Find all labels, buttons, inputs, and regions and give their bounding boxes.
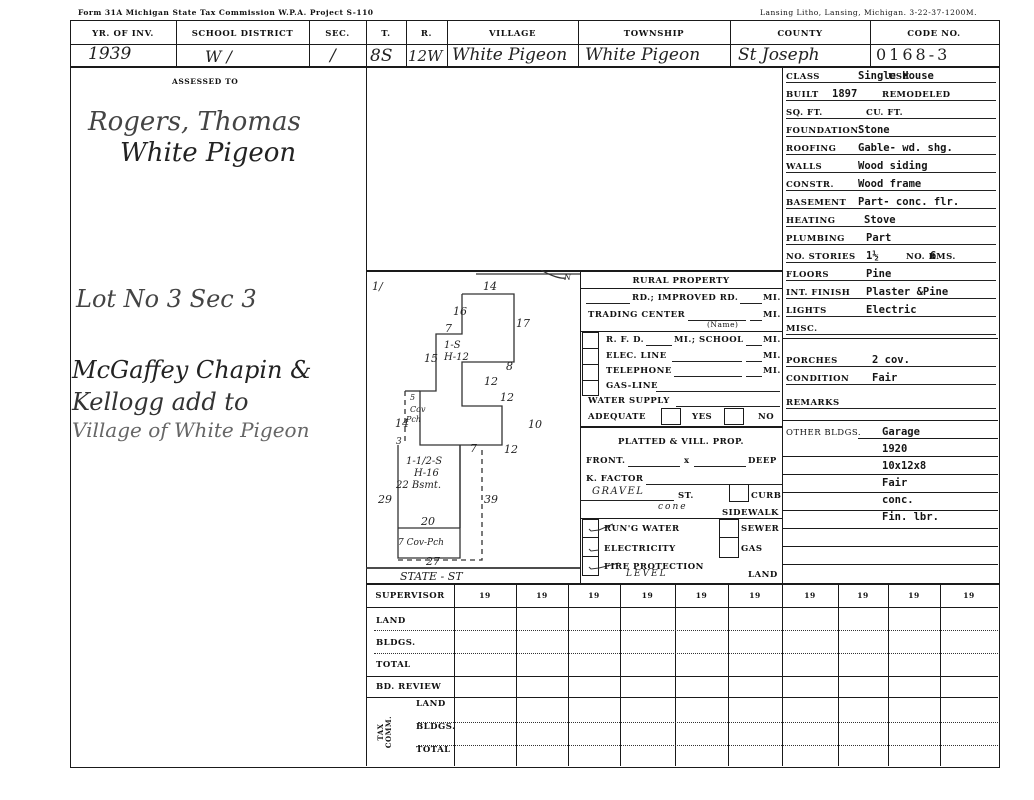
svg-text:27: 27 <box>425 555 440 568</box>
svg-text:1-1/2-S: 1-1/2-S <box>406 456 442 467</box>
svg-text:7 Cov-Pch: 7 Cov-Pch <box>398 538 444 548</box>
basement-label: BASEMENT <box>786 198 848 208</box>
valuation-cell[interactable] <box>941 677 997 696</box>
by-label: x <box>684 456 690 466</box>
supervisor-land-label: LAND <box>376 616 406 626</box>
svg-text:H-16: H-16 <box>413 468 439 479</box>
foundation-label: FOUNDATION <box>786 126 861 136</box>
header-year: YR. OF INV. <box>70 29 176 39</box>
heating-value[interactable]: Stove <box>864 214 896 226</box>
svg-text:22 Bsmt.: 22 Bsmt. <box>395 480 441 491</box>
valuation-cell[interactable] <box>839 608 887 675</box>
code-no-value[interactable]: 0168-3 <box>876 45 950 64</box>
legal-description-line-3[interactable]: Kellogg add to <box>72 388 248 416</box>
curb-checkbox[interactable] <box>729 484 749 502</box>
other-building-entry[interactable]: Garage <box>882 426 920 438</box>
legal-description-line-2[interactable]: McGaffey Chapin & <box>72 356 312 384</box>
dotted-rule <box>374 653 998 654</box>
svg-text:14: 14 <box>483 280 497 293</box>
year-column-header: 19 <box>454 591 516 600</box>
heating-label: HEATING <box>786 216 837 226</box>
field-underline <box>786 172 996 173</box>
remarks-label: REMARKS <box>786 398 842 408</box>
valuation-cell[interactable] <box>455 677 515 696</box>
valuation-cell[interactable] <box>676 677 727 696</box>
legal-description-line-1[interactable]: Lot No 3 Sec 3 <box>76 285 257 313</box>
other-buildings-label: OTHER BLDGS. <box>786 428 861 438</box>
constr-value[interactable]: Wood frame <box>858 178 921 190</box>
tax-comm-label: TAX COMM. <box>377 707 393 757</box>
svg-text:3: 3 <box>396 437 402 447</box>
svg-text:20: 20 <box>420 515 435 528</box>
land-label: LAND <box>748 570 778 580</box>
year-column-header: 19 <box>888 591 940 600</box>
svg-text:Cov: Cov <box>410 405 426 414</box>
svg-text:17: 17 <box>516 317 530 330</box>
other-bldg-line <box>782 546 998 547</box>
legal-description-line-4[interactable]: Village of White Pigeon <box>72 418 309 442</box>
elec-line-label: ELEC. LINE <box>606 351 667 361</box>
use-value[interactable]: Single House <box>858 70 934 82</box>
svg-text:16: 16 <box>453 305 467 318</box>
field-underline <box>786 384 996 385</box>
county-value[interactable]: St Joseph <box>738 45 820 65</box>
field-underline <box>786 408 996 409</box>
svg-text:29: 29 <box>377 493 392 506</box>
year-column-header: 19 <box>838 591 888 600</box>
valuation-cell[interactable] <box>517 677 567 696</box>
adequate-no-checkbox[interactable] <box>724 408 744 425</box>
header-code-no: CODE NO. <box>870 29 998 39</box>
printer-imprint: Lansing Litho, Lansing, Michigan. 3-22-3… <box>760 8 977 17</box>
class-label: CLASS <box>786 72 822 82</box>
remodeled-label: REMODELED <box>882 90 953 100</box>
walls-value[interactable]: Wood siding <box>858 160 928 172</box>
svg-text:8: 8 <box>506 360 513 373</box>
other-bldg-line <box>782 492 998 493</box>
curb-label: CURB <box>751 491 781 501</box>
field-underline <box>786 280 996 281</box>
field-underline <box>786 244 996 245</box>
svg-text:Pch: Pch <box>405 415 421 424</box>
other-building-entry[interactable]: conc. <box>882 494 914 506</box>
valuation-cell[interactable] <box>729 608 781 675</box>
valuation-cell[interactable] <box>676 608 727 675</box>
walls-label: WALLS <box>786 162 824 172</box>
header-range: R. <box>406 29 447 39</box>
field-underline <box>786 136 996 137</box>
year-column-header: 19 <box>728 591 782 600</box>
svg-text:7: 7 <box>445 322 452 335</box>
svg-text:39: 39 <box>484 493 498 506</box>
year-column-header: 19 <box>940 591 998 600</box>
svg-text:15: 15 <box>424 352 438 365</box>
street-label: STATE - ST <box>400 570 463 583</box>
gas-checkbox[interactable] <box>719 537 739 558</box>
tax-comm-total-label: TOTAL <box>416 745 451 755</box>
field-underline <box>786 226 996 227</box>
supervisor-total-label: TOTAL <box>376 660 411 670</box>
improved-road-label: RD.; IMPROVED RD. <box>632 293 738 303</box>
field-underline <box>786 82 996 83</box>
gas-line-checkbox[interactable] <box>582 380 599 396</box>
rural-property-title: RURAL PROPERTY <box>580 276 782 286</box>
no-stories-value[interactable]: 1½ <box>866 250 879 262</box>
valuation-cell[interactable] <box>569 698 619 765</box>
porches-label: PORCHES <box>786 356 840 366</box>
no-label: NO <box>758 412 774 422</box>
valuation-cell[interactable] <box>839 677 887 696</box>
other-bldg-line <box>858 438 998 439</box>
other-building-entry[interactable]: Fair <box>882 477 907 489</box>
other-bldg-line <box>782 564 998 565</box>
misc-label: MISC. <box>786 324 820 334</box>
tax-comm-bldgs-label: BLDGS. <box>416 722 456 732</box>
valuation-cell[interactable] <box>676 698 727 765</box>
year-column-header: 19 <box>675 591 728 600</box>
other-building-entry[interactable]: 10x12x8 <box>882 460 926 472</box>
cu-ft-label: CU. FT. <box>866 108 905 118</box>
field-underline <box>786 190 996 191</box>
year-value[interactable]: 1939 <box>88 44 131 64</box>
valuation-cell[interactable] <box>455 608 515 675</box>
valuation-cell[interactable] <box>621 698 674 765</box>
constr-label: CONSTR. <box>786 180 836 190</box>
valuation-cell[interactable] <box>455 698 515 765</box>
telephone-label: TELEPHONE <box>606 366 672 376</box>
valuation-cell[interactable] <box>729 698 781 765</box>
valuation-cell[interactable] <box>783 677 837 696</box>
field-underline <box>786 100 996 101</box>
svg-text:1-S: 1-S <box>444 340 461 351</box>
int-finish-label: INT. FINISH <box>786 288 852 298</box>
valuation-cell[interactable] <box>621 608 674 675</box>
floors-value[interactable]: Pine <box>866 268 891 280</box>
front-label: FRONT. <box>586 456 625 466</box>
board-review-label: BD. REVIEW <box>376 682 441 692</box>
header-village: VILLAGE <box>447 29 578 39</box>
mi-label: MI. <box>763 366 781 376</box>
north-mark: N <box>563 273 572 282</box>
section-value[interactable]: / <box>330 46 336 66</box>
adequate-label: ADEQUATE <box>588 412 646 422</box>
field-underline <box>786 208 996 209</box>
street-surface-value[interactable]: GRAVEL <box>592 486 644 497</box>
other-bldg-line <box>782 456 998 457</box>
range-value[interactable]: 12W <box>408 47 443 65</box>
other-bldg-line <box>782 474 998 475</box>
mi-label: MI. <box>763 293 781 303</box>
roofing-label: ROOFING <box>786 144 838 154</box>
yes-label: YES <box>692 412 712 422</box>
sq-ft-label: SQ. FT. <box>786 108 825 118</box>
owner-name[interactable]: Rogers, Thomas <box>88 107 301 137</box>
field-underline <box>786 334 996 335</box>
st-label: ST. <box>678 491 694 501</box>
other-building-entry[interactable]: 1920 <box>882 443 907 455</box>
valuation-cell[interactable] <box>941 698 997 765</box>
other-building-entry[interactable]: Fin. lbr. <box>882 511 939 523</box>
svg-text:10: 10 <box>528 418 542 431</box>
valuation-cell[interactable] <box>889 677 939 696</box>
roofing-value[interactable]: Gable- wd. shg. <box>858 142 953 154</box>
deep-label: DEEP <box>748 456 777 466</box>
valuation-cell[interactable] <box>783 698 837 765</box>
header-township-no: T. <box>366 29 406 39</box>
built-value[interactable]: 1897 <box>832 88 857 100</box>
adequate-yes-checkbox[interactable] <box>661 408 681 425</box>
valuation-cell[interactable] <box>517 698 567 765</box>
plumbing-label: PLUMBING <box>786 234 847 244</box>
dotted-rule <box>418 722 998 723</box>
other-bldg-line <box>782 528 998 529</box>
condition-value[interactable]: Fair <box>872 372 897 384</box>
sketch-corner-mark: 1/ <box>372 280 384 293</box>
dotted-rule <box>374 630 998 631</box>
platted-title: PLATTED & VILL. PROP. <box>580 437 782 447</box>
valuation-cell[interactable] <box>783 608 837 675</box>
village-value[interactable]: White Pigeon <box>452 45 567 65</box>
svg-text:12: 12 <box>504 443 518 456</box>
lights-label: LIGHTS <box>786 306 829 316</box>
running-water-label: RUN'G WATER <box>604 524 680 534</box>
valuation-cell[interactable] <box>729 677 781 696</box>
mi-label: MI. <box>763 310 781 320</box>
valuation-cell[interactable] <box>839 698 887 765</box>
tax-comm-land-label: LAND <box>416 699 446 709</box>
svg-text:5: 5 <box>410 393 415 402</box>
svg-text:12: 12 <box>484 375 498 388</box>
field-underline <box>786 298 996 299</box>
land-value[interactable]: LEVEL <box>626 569 668 579</box>
dotted-rule <box>418 745 998 746</box>
supervisor-label: SUPERVISOR <box>366 591 454 601</box>
form-title: Form 31A Michigan State Tax Commission W… <box>78 8 374 17</box>
basement-value[interactable]: Part- conc. flr. <box>858 196 959 208</box>
school-district-value[interactable]: W / <box>205 47 232 66</box>
gas-line-label: GAS-LINE <box>606 381 658 391</box>
built-label: BUILT <box>786 90 821 100</box>
township-no-value[interactable]: 8S <box>370 46 392 66</box>
valuation-cell[interactable] <box>569 677 619 696</box>
valuation-cell[interactable] <box>621 677 674 696</box>
valuation-cell[interactable] <box>889 608 939 675</box>
assessed-to-label: ASSESSED TO <box>172 77 238 86</box>
field-underline <box>786 154 996 155</box>
valuation-cell[interactable] <box>889 698 939 765</box>
field-underline <box>786 316 996 317</box>
electricity-label: ELECTRICITY <box>604 544 676 554</box>
field-underline <box>786 118 996 119</box>
svg-text:H-12: H-12 <box>443 352 469 363</box>
floors-label: FLOORS <box>786 270 831 280</box>
no-stories-label: NO. STORIES <box>786 252 858 262</box>
svg-text:7: 7 <box>470 442 477 455</box>
township-value[interactable]: White Pigeon <box>585 45 700 65</box>
sidewalk-label: SIDEWALK <box>722 508 779 518</box>
svg-text:12: 12 <box>500 391 514 404</box>
year-column-header: 19 <box>620 591 675 600</box>
name-hint: (Name) <box>707 320 738 329</box>
header-county: COUNTY <box>730 29 870 39</box>
field-underline <box>786 262 996 263</box>
sewer-checkbox[interactable] <box>719 519 739 539</box>
field-underline <box>786 366 996 367</box>
building-sketch: 1/ N 14 16 7 17 15 8 12 12 10 12 7 14 3 … <box>366 270 580 583</box>
school-label: MI.; SCHOOL <box>674 335 744 345</box>
sidewalk-value[interactable]: cone <box>658 502 688 512</box>
foundation-value[interactable]: Stone <box>858 124 890 136</box>
valuation-cell[interactable] <box>941 608 997 675</box>
valuation-cell[interactable] <box>569 608 619 675</box>
sewer-label: SEWER <box>741 524 779 534</box>
supervisor-bldgs-label: BLDGS. <box>376 638 416 648</box>
lights-value[interactable]: Electric <box>866 304 917 316</box>
rfd-label: R. F. D. <box>606 335 644 345</box>
trading-center-label: TRADING CENTER <box>588 310 685 320</box>
year-column-header: 19 <box>782 591 838 600</box>
no-rms-value[interactable]: 6 <box>930 250 936 262</box>
valuation-cell[interactable] <box>517 608 567 675</box>
header-school-district: SCHOOL DISTRICT <box>176 29 309 39</box>
water-supply-label: WATER SUPPLY <box>588 396 670 406</box>
header-township: TOWNSHIP <box>578 29 730 39</box>
year-column-header: 19 <box>516 591 568 600</box>
condition-label: CONDITION <box>786 374 851 384</box>
mi-label: MI. <box>763 335 781 345</box>
header-section: SEC. <box>309 29 366 39</box>
int-finish-value[interactable]: Plaster &Pine <box>866 286 948 298</box>
plumbing-value[interactable]: Part <box>866 232 891 244</box>
mi-label: MI. <box>763 351 781 361</box>
year-column-header: 19 <box>568 591 620 600</box>
gas-label: GAS <box>741 544 763 554</box>
porches-value[interactable]: 2 cov. <box>872 354 910 366</box>
k-factor-label: K. FACTOR <box>586 474 644 484</box>
owner-city[interactable]: White Pigeon <box>120 138 296 168</box>
